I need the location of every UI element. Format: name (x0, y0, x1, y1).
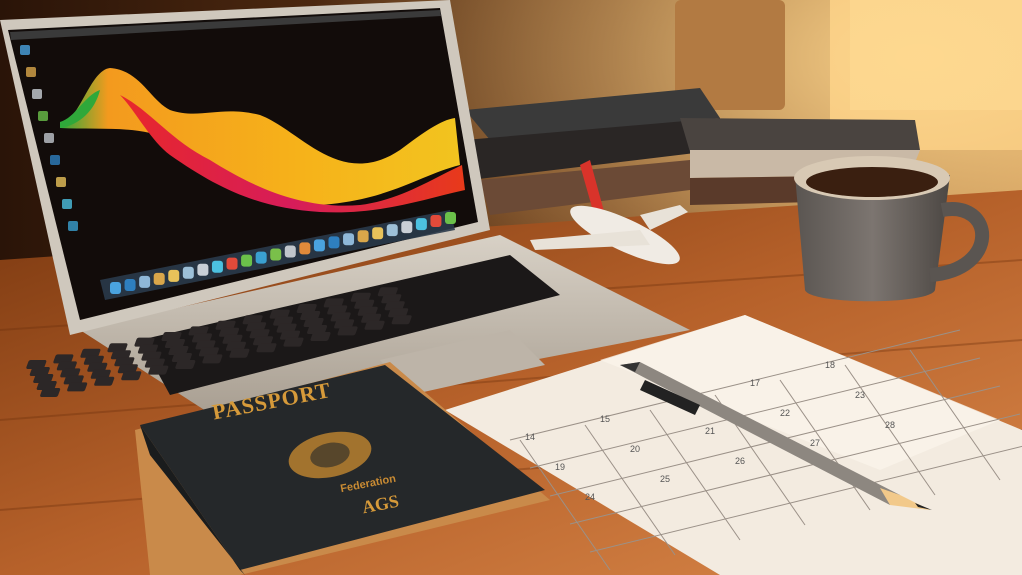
svg-text:25: 25 (660, 474, 670, 484)
svg-text:18: 18 (825, 360, 835, 370)
svg-text:15: 15 (600, 414, 610, 424)
svg-text:23: 23 (855, 390, 865, 400)
svg-text:26: 26 (735, 456, 745, 466)
svg-text:20: 20 (630, 444, 640, 454)
svg-text:27: 27 (810, 438, 820, 448)
svg-text:21: 21 (705, 426, 715, 436)
desk-scene: 141516171819202122232425262728 PASSPORT … (0, 0, 1022, 575)
svg-text:22: 22 (780, 408, 790, 418)
svg-text:19: 19 (555, 462, 565, 472)
svg-text:28: 28 (885, 420, 895, 430)
svg-text:17: 17 (750, 378, 760, 388)
svg-text:14: 14 (525, 432, 535, 442)
svg-text:24: 24 (585, 492, 595, 502)
scene-illustration: 141516171819202122232425262728 (0, 0, 1022, 575)
